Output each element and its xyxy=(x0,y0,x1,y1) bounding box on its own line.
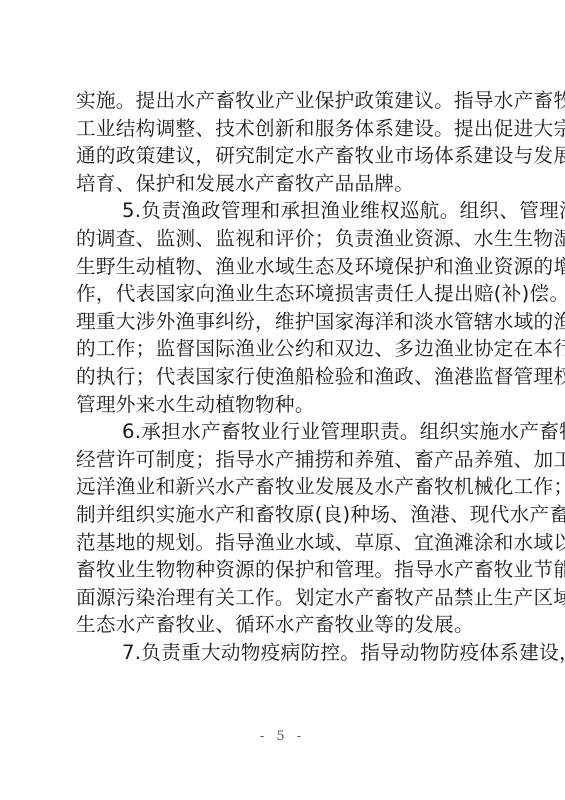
text-line: 的执行；代表国家行使渔船检验和渔政、渔港监督管理权，牵头 xyxy=(76,363,492,391)
text-line: 畜牧业生物物种资源的保护和管理。指导水产畜牧业节能减排和 xyxy=(76,556,492,584)
text-line: 实施。提出水产畜牧业产业保护政策建议。指导水产畜牧产品加 xyxy=(76,87,492,115)
text-line: 6.承担水产畜牧业行业管理职责。组织实施水产畜牧业生产 xyxy=(76,418,492,446)
page-number: - 5 - xyxy=(0,729,565,744)
text-line: 7.负责重大动物疫病防控。指导动物防疫体系建设，组织实 xyxy=(76,639,492,667)
text-line: 面源污染治理有关工作。划定水产畜牧产品禁止生产区域，指导 xyxy=(76,584,492,612)
text-line: 通的政策建议，研究制定水产畜牧业市场体系建设与发展规划。 xyxy=(76,142,492,170)
text-line: 制并组织实施水产和畜牧原(良)种场、渔港、现代水产畜牧业示 xyxy=(76,501,492,529)
text-line: 远洋渔业和新兴水产畜牧业发展及水产畜牧机械化工作；负责编 xyxy=(76,473,492,501)
text-line: 的工作；监督国际渔业公约和双边、多边渔业协定在本行政区域 xyxy=(76,335,492,363)
text-line: 管理外来水生动植物物种。 xyxy=(76,391,492,419)
text-line: 生野生动植物、渔业水域生态及环境保护和渔业资源的增殖工 xyxy=(76,253,492,281)
text-line: 范基地的规划。指导渔业水域、草原、宜渔滩涂和水域以及水产 xyxy=(76,529,492,557)
text-line: 理重大涉外渔事纠纷，维护国家海洋和淡水管辖水域的渔业权益 xyxy=(76,308,492,336)
text-line: 工业结构调整、技术创新和服务体系建设。提出促进大宗产品流 xyxy=(76,115,492,143)
text-line: 的调查、监测、监视和评价；负责渔业资源、水生生物湿地、水 xyxy=(76,225,492,253)
text-line: 生态水产畜牧业、循环水产畜牧业等的发展。 xyxy=(76,611,492,639)
text-line: 培育、保护和发展水产畜牧产品品牌。 xyxy=(76,170,492,198)
text-line: 作，代表国家向渔业生态环境损害责任人提出赔(补)偿。承办处 xyxy=(76,280,492,308)
text-line: 5.负责渔政管理和承担渔业维权巡航。组织、管理渔业环境 xyxy=(76,197,492,225)
document-page: 实施。提出水产畜牧业产业保护政策建议。指导水产畜牧产品加工业结构调整、技术创新和… xyxy=(0,0,565,800)
text-line: 经营许可制度；指导水产捕捞和养殖、畜产品养殖、加工、流通、 xyxy=(76,446,492,474)
document-body: 实施。提出水产畜牧业产业保护政策建议。指导水产畜牧产品加工业结构调整、技术创新和… xyxy=(76,87,492,666)
